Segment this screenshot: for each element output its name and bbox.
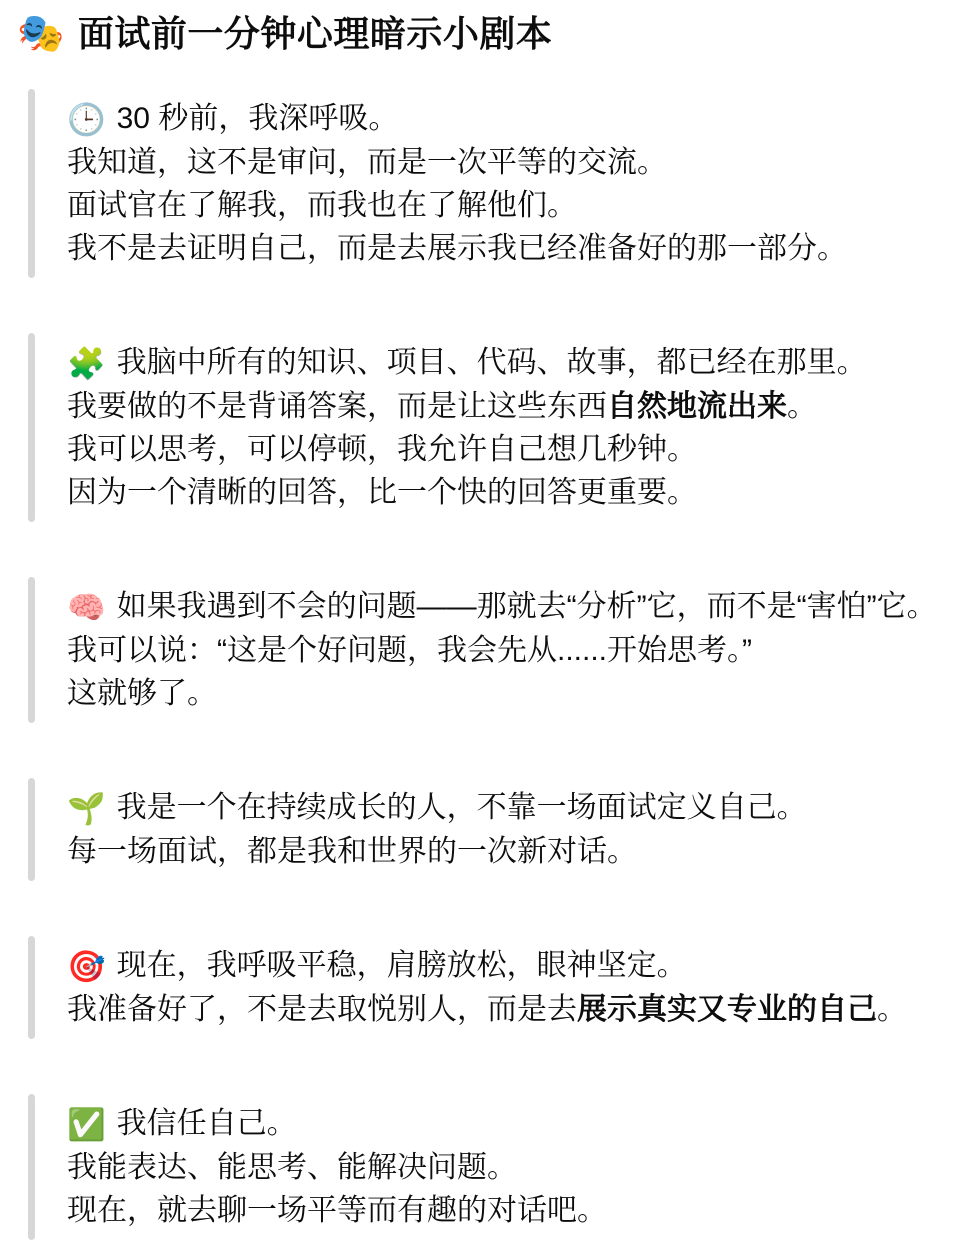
blockquote: 🧠如果我遇到不会的问题——那就去“分析”它，而不是“害怕”它。我可以说：“这是个…: [28, 577, 980, 723]
puzzle-piece-icon: 🧩: [67, 346, 106, 381]
quote-bar: [28, 333, 35, 522]
quote-line: 🌱我是一个在持续成长的人，不靠一场面试定义自己。: [67, 786, 980, 830]
line-text: 我知道，这不是审问，而是一次平等的交流。: [67, 146, 667, 179]
quote-line: 因为一个清晰的回答，比一个快的回答更重要。: [67, 471, 980, 514]
line-text: 如果我遇到不会的问题——那就去“分析”它，而不是“害怕”它。: [117, 590, 937, 623]
line-text: 现在，就去聊一场平等而有趣的对话吧。: [67, 1194, 607, 1227]
quote-line: 面试官在了解我，而我也在了解他们。: [67, 184, 980, 227]
quote-line: ✅我信任自己。: [67, 1102, 980, 1146]
blockquote: 🕒30 秒前，我深呼吸。我知道，这不是审问，而是一次平等的交流。面试官在了解我，…: [28, 89, 980, 278]
quote-list: 🕒30 秒前，我深呼吸。我知道，这不是审问，而是一次平等的交流。面试官在了解我，…: [17, 89, 980, 1240]
blockquote: 🎯现在，我呼吸平稳，肩膀放松，眼神坚定。我准备好了，不是去取悦别人，而是去展示真…: [28, 936, 980, 1039]
performing-arts-icon: 🎭: [17, 10, 65, 58]
quote-bar: [28, 778, 35, 881]
line-text: 。: [787, 390, 817, 423]
line-text: 我可以说：“这是个好问题，我会先从......开始思考。”: [67, 634, 752, 667]
line-text: 我脑中所有的知识、项目、代码、故事，都已经在那里。: [117, 346, 867, 379]
quote-line: 我可以说：“这是个好问题，我会先从......开始思考。”: [67, 629, 980, 672]
line-text: 面试官在了解我，而我也在了解他们。: [67, 189, 577, 222]
page-title-text: 面试前一分钟心理暗示小剧本: [78, 10, 553, 58]
quote-line: 🎯现在，我呼吸平稳，肩膀放松，眼神坚定。: [67, 944, 980, 988]
line-text-bold: 自然地流出来: [607, 390, 787, 423]
line-text: 因为一个清晰的回答，比一个快的回答更重要。: [67, 476, 697, 509]
quote-line: 每一场面试，都是我和世界的一次新对话。: [67, 830, 980, 873]
line-text: 这就够了。: [67, 677, 217, 710]
quote-line: 我可以思考，可以停顿，我允许自己想几秒钟。: [67, 428, 980, 471]
line-text: 我要做的不是背诵答案，而是让这些东西: [67, 390, 607, 423]
line-text: 我信任自己。: [117, 1107, 297, 1140]
quote-line: 现在，就去聊一场平等而有趣的对话吧。: [67, 1189, 980, 1232]
dart-target-icon: 🎯: [67, 949, 106, 984]
quote-line: 🧠如果我遇到不会的问题——那就去“分析”它，而不是“害怕”它。: [67, 585, 980, 629]
quote-line: 我要做的不是背诵答案，而是让这些东西自然地流出来。: [67, 385, 980, 428]
line-text: 我是一个在持续成长的人，不靠一场面试定义自己。: [117, 791, 807, 824]
line-text: 我准备好了，不是去取悦别人，而是去: [67, 993, 577, 1026]
document: 🎭 面试前一分钟心理暗示小剧本 🕒30 秒前，我深呼吸。我知道，这不是审问，而是…: [17, 10, 980, 1240]
brain-icon: 🧠: [67, 590, 106, 625]
quote-line: 我知道，这不是审问，而是一次平等的交流。: [67, 141, 980, 184]
quote-line: 🕒30 秒前，我深呼吸。: [67, 97, 980, 141]
clock-icon: 🕒: [67, 102, 106, 137]
page-title: 🎭 面试前一分钟心理暗示小剧本: [17, 10, 980, 58]
line-text: 每一场面试，都是我和世界的一次新对话。: [67, 835, 637, 868]
blockquote: 🌱我是一个在持续成长的人，不靠一场面试定义自己。每一场面试，都是我和世界的一次新…: [28, 778, 980, 881]
quote-line: 这就够了。: [67, 672, 980, 715]
blockquote: ✅我信任自己。我能表达、能思考、能解决问题。现在，就去聊一场平等而有趣的对话吧。: [28, 1094, 980, 1240]
quote-bar: [28, 89, 35, 278]
quote-line: 我不是去证明自己，而是去展示我已经准备好的那一部分。: [67, 227, 980, 270]
line-text: 我不是去证明自己，而是去展示我已经准备好的那一部分。: [67, 232, 847, 265]
quote-bar: [28, 936, 35, 1039]
line-text: 我可以思考，可以停顿，我允许自己想几秒钟。: [67, 433, 697, 466]
quote-line: 🧩我脑中所有的知识、项目、代码、故事，都已经在那里。: [67, 341, 980, 385]
line-text: 。: [877, 993, 907, 1026]
line-text: 我能表达、能思考、能解决问题。: [67, 1151, 517, 1184]
line-text-bold: 展示真实又专业的自己: [577, 993, 877, 1026]
quote-line: 我能表达、能思考、能解决问题。: [67, 1146, 980, 1189]
quote-bar: [28, 577, 35, 723]
line-text: 现在，我呼吸平稳，肩膀放松，眼神坚定。: [117, 949, 687, 982]
quote-bar: [28, 1094, 35, 1240]
check-mark-icon: ✅: [67, 1107, 106, 1142]
seedling-icon: 🌱: [67, 791, 106, 826]
blockquote: 🧩我脑中所有的知识、项目、代码、故事，都已经在那里。我要做的不是背诵答案，而是让…: [28, 333, 980, 522]
quote-line: 我准备好了，不是去取悦别人，而是去展示真实又专业的自己。: [67, 988, 980, 1031]
line-text: 30 秒前，我深呼吸。: [117, 102, 399, 135]
